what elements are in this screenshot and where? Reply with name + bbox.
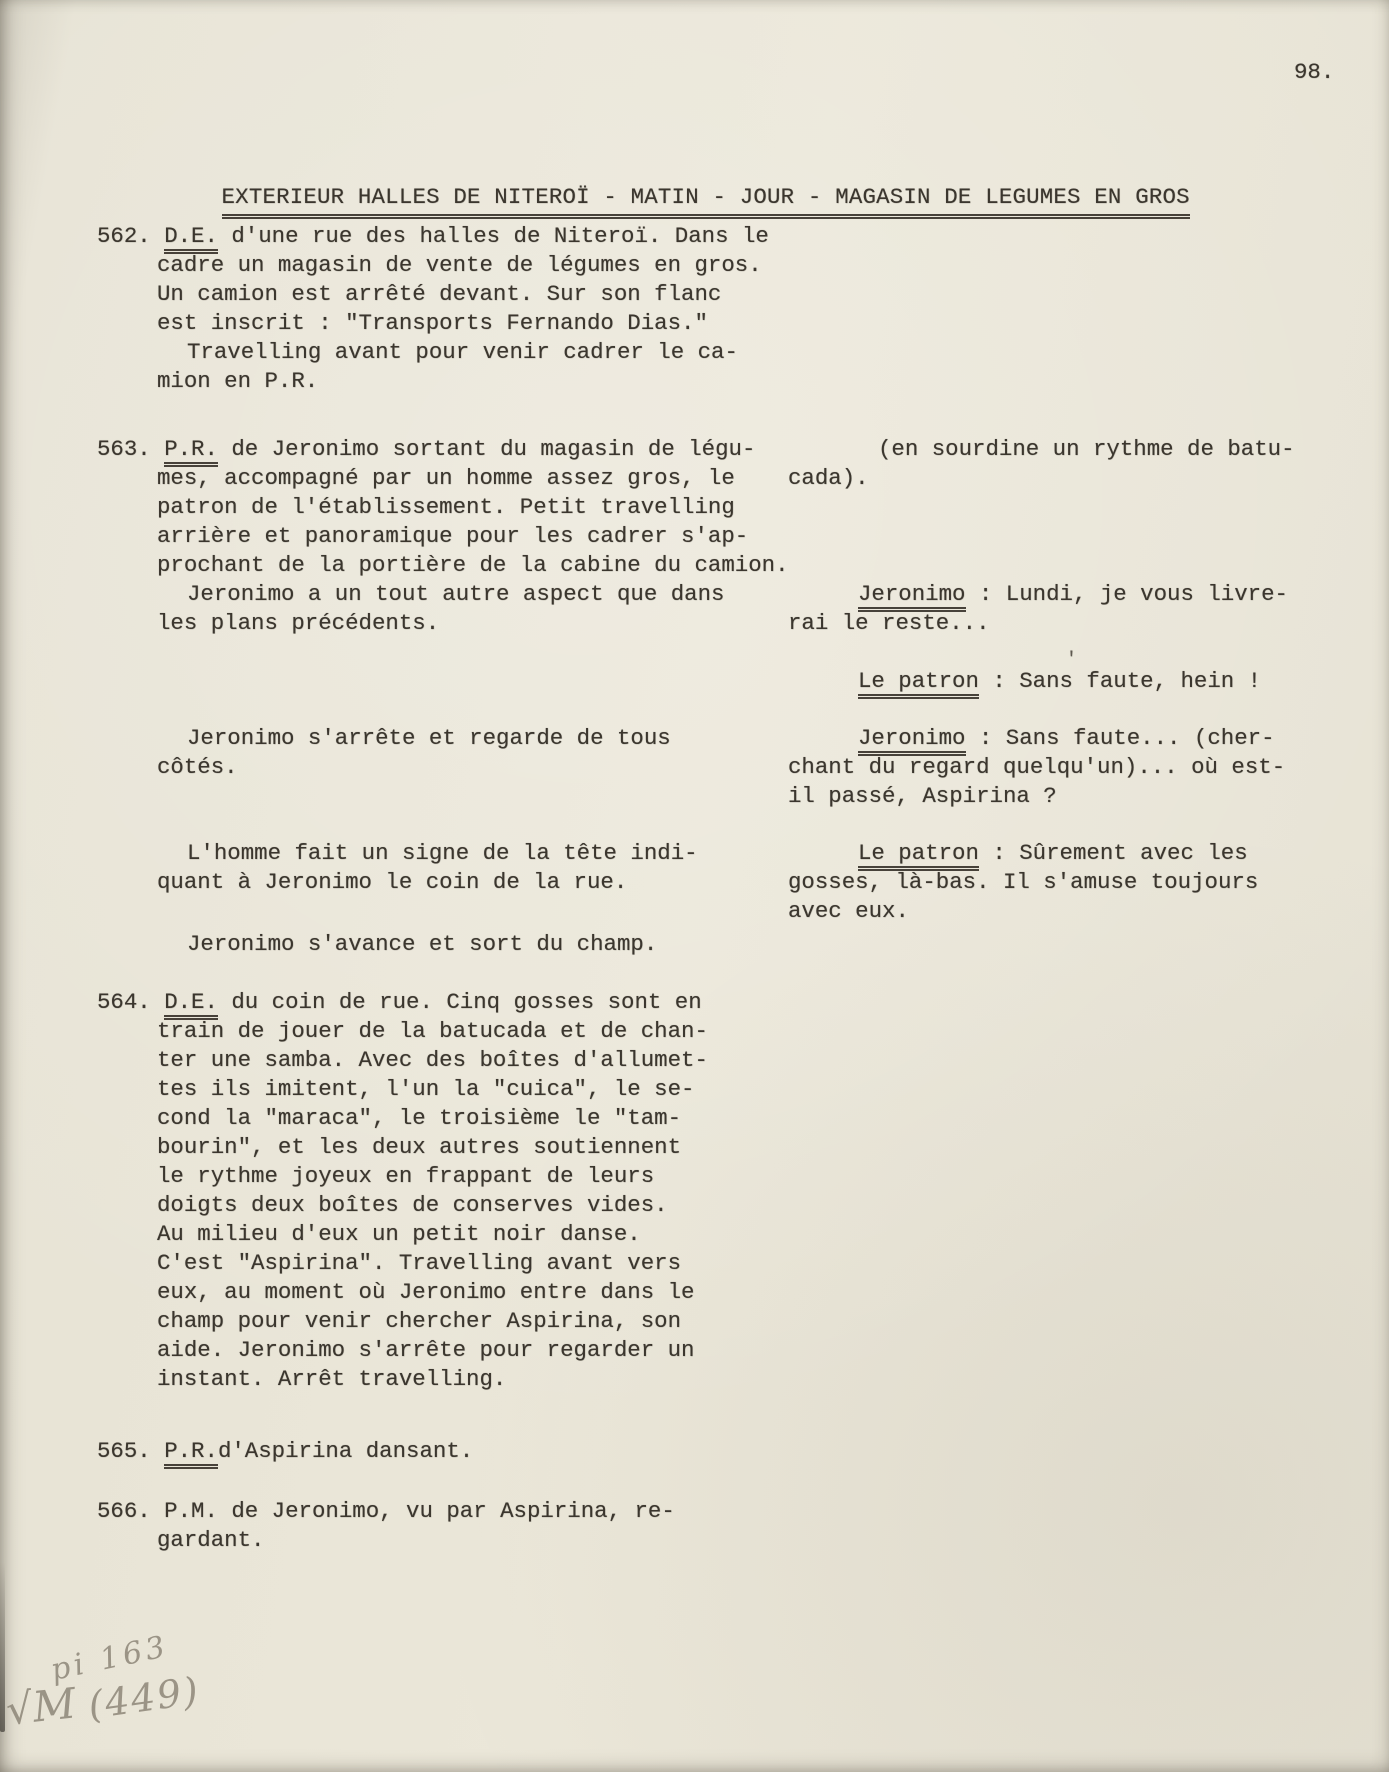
line-text: quant à Jeronimo le coin de la rue.: [157, 869, 627, 895]
line-text: : Lundi, je vous livre-: [966, 581, 1288, 607]
scene-564-line-8: doigts deux boîtes de conserves vides.: [157, 1191, 668, 1220]
scene-564-line-13: aide. Jeronimo s'arrête pour regarder un: [157, 1336, 694, 1365]
scene-563-line-6: Jeronimo a un tout autre aspect que dans: [187, 580, 724, 609]
dialogue-patron-2-line-2: gosses, là-bas. Il s'amuse toujours: [788, 868, 1258, 897]
scene-564-line-5: cond la "maraca", le troisième le "tam-: [157, 1104, 681, 1133]
scene-562-line-3: Un camion est arrêté devant. Sur son fla…: [157, 280, 721, 309]
line-text: patron de l'établissement. Petit travell…: [157, 494, 735, 520]
line-text: le rythme joyeux en frappant de leurs: [157, 1163, 654, 1189]
line-text: Jeronimo s'arrête et regarde de tous: [187, 725, 671, 751]
line-text: bourin", et les deux autres soutiennent: [157, 1134, 681, 1160]
underlined-text: Le patron: [858, 840, 979, 871]
sound-parenthetical-line-2: cada).: [788, 464, 869, 493]
line-text: 562.: [97, 223, 164, 249]
action-paragraph-3-line-2: quant à Jeronimo le coin de la rue.: [157, 868, 627, 897]
scene-564-line-7: le rythme joyeux en frappant de leurs: [157, 1162, 654, 1191]
scene-562-line-6: mion en P.R.: [157, 367, 318, 396]
scene-562-line-5: Travelling avant pour venir cadrer le ca…: [187, 338, 738, 367]
scene-slugline-text: EXTERIEUR HALLES DE NITEROÏ - MATIN - JO…: [222, 184, 1190, 219]
line-text: d'Aspirina dansant.: [218, 1438, 473, 1464]
line-text: d'une rue des halles de Niteroï. Dans le: [218, 223, 769, 249]
scene-563-line-2: mes, accompagné par un homme assez gros,…: [157, 464, 735, 493]
line-text: 563.: [97, 436, 164, 462]
line-text: cadre un magasin de vente de légumes en …: [157, 252, 762, 278]
dialogue-jeronimo-2-line-2: chant du regard quelqu'un)... où est-: [788, 753, 1285, 782]
line-text: Un camion est arrêté devant. Sur son fla…: [157, 281, 721, 307]
line-text: (en sourdine un rythme de batu-: [878, 436, 1295, 462]
underlined-text: P.R.: [164, 436, 218, 467]
scene-562-line-1: 562. D.E. d'une rue des halles de Nitero…: [97, 222, 769, 251]
scene-563-line-3: patron de l'établissement. Petit travell…: [157, 493, 735, 522]
scene-564-line-1: 564. D.E. du coin de rue. Cinq gosses so…: [97, 988, 702, 1017]
line-text: côtés.: [157, 754, 238, 780]
line-text: 565.: [97, 1438, 164, 1464]
scene-564-line-11: eux, au moment où Jeronimo entre dans le: [157, 1278, 694, 1307]
underlined-text: Le patron: [858, 668, 979, 699]
scene-563-line-1: 563. P.R. de Jeronimo sortant du magasin…: [97, 435, 755, 464]
scene-562-line-2: cadre un magasin de vente de légumes en …: [157, 251, 762, 280]
line-text: L'homme fait un signe de la tête indi-: [187, 840, 698, 866]
line-text: ter une samba. Avec des boîtes d'allumet…: [157, 1047, 708, 1073]
script-page: 98. EXTERIEUR HALLES DE NITEROÏ - MATIN …: [0, 0, 1389, 1772]
scene-564-line-6: bourin", et les deux autres soutiennent: [157, 1133, 681, 1162]
page-number: 98.: [1294, 58, 1334, 87]
sound-parenthetical-line-1: (en sourdine un rythme de batu-: [878, 435, 1295, 464]
underlined-text: D.E.: [164, 989, 218, 1020]
dialogue-patron-1-line-1: Le patron : Sans faute, hein !: [858, 667, 1261, 696]
line-text: cada).: [788, 465, 869, 491]
underlined-text: P.R.: [164, 1438, 218, 1469]
line-text: rai le reste...: [788, 610, 990, 636]
scene-562-line-4: est inscrit : "Transports Fernando Dias.…: [157, 309, 708, 338]
line-text: prochant de la portière de la cabine du …: [157, 552, 789, 578]
dialogue-jeronimo-2-line-1: Jeronimo : Sans faute... (cher-: [858, 724, 1275, 753]
handwritten-annotation-initials: √M: [5, 1688, 77, 1724]
action-paragraph-4-line-1: Jeronimo s'avance et sort du champ.: [187, 930, 657, 959]
line-text: : Sûrement avec les: [979, 840, 1248, 866]
line-text: chant du regard quelqu'un)... où est-: [788, 754, 1285, 780]
line-text: : Sans faute... (cher-: [966, 725, 1275, 751]
dialogue-jeronimo-1-line-1: Jeronimo : Lundi, je vous livre-: [858, 580, 1288, 609]
scene-564-line-2: train de jouer de la batucada et de chan…: [157, 1017, 708, 1046]
line-text: de Jeronimo sortant du magasin de légu-: [218, 436, 755, 462]
line-text: il passé, Aspirina ?: [788, 783, 1057, 809]
line-text: cond la "maraca", le troisième le "tam-: [157, 1105, 681, 1131]
underlined-text: Jeronimo: [858, 581, 966, 612]
line-text: eux, au moment où Jeronimo entre dans le: [157, 1279, 694, 1305]
scene-564-line-3: ter une samba. Avec des boîtes d'allumet…: [157, 1046, 708, 1075]
dialogue-jeronimo-2-line-3: il passé, Aspirina ?: [788, 782, 1057, 811]
line-text: mion en P.R.: [157, 368, 318, 394]
scene-564-line-10: C'est "Aspirina". Travelling avant vers: [157, 1249, 681, 1278]
line-text: Au milieu d'eux un petit noir danse.: [157, 1221, 641, 1247]
scene-563-line-7: les plans précédents.: [157, 609, 439, 638]
underlined-text: Jeronimo: [858, 725, 966, 756]
line-text: est inscrit : "Transports Fernando Dias.…: [157, 310, 708, 336]
scene-563-line-4: arrière et panoramique pour les cadrer s…: [157, 522, 748, 551]
dialogue-patron-2-line-3: avec eux.: [788, 897, 909, 926]
line-text: les plans précédents.: [157, 610, 439, 636]
scene-565-line-1: 565. P.R.d'Aspirina dansant.: [97, 1437, 473, 1466]
line-text: arrière et panoramique pour les cadrer s…: [157, 523, 748, 549]
line-text: gosses, là-bas. Il s'amuse toujours: [788, 869, 1258, 895]
scene-566-line-2: gardant.: [157, 1526, 265, 1555]
line-text: doigts deux boîtes de conserves vides.: [157, 1192, 668, 1218]
line-text: avec eux.: [788, 898, 909, 924]
line-text: instant. Arrêt travelling.: [157, 1366, 506, 1392]
action-paragraph-3-line-1: L'homme fait un signe de la tête indi-: [187, 839, 698, 868]
line-text: 566. P.M. de Jeronimo, vu par Aspirina, …: [97, 1498, 675, 1524]
line-text: du coin de rue. Cinq gosses sont en: [218, 989, 702, 1015]
underlined-text: D.E.: [164, 223, 218, 254]
line-text: C'est "Aspirina". Travelling avant vers: [157, 1250, 681, 1276]
scene-566-line-1: 566. P.M. de Jeronimo, vu par Aspirina, …: [97, 1497, 675, 1526]
line-text: : Sans faute, hein !: [979, 668, 1261, 694]
scene-564-line-12: champ pour venir chercher Aspirina, son: [157, 1307, 681, 1336]
scene-564-line-9: Au milieu d'eux un petit noir danse.: [157, 1220, 641, 1249]
stray-typewriter-mark: ': [1066, 646, 1077, 675]
line-text: Travelling avant pour venir cadrer le ca…: [187, 339, 738, 365]
handwritten-annotation-number: (449): [87, 1676, 202, 1720]
scene-564-line-14: instant. Arrêt travelling.: [157, 1365, 506, 1394]
scene-564-line-4: tes ils imitent, l'un la "cuica", le se-: [157, 1075, 694, 1104]
dialogue-patron-2-line-1: Le patron : Sûrement avec les: [858, 839, 1248, 868]
line-text: Jeronimo a un tout autre aspect que dans: [187, 581, 724, 607]
scene-563-line-5: prochant de la portière de la cabine du …: [157, 551, 789, 580]
action-paragraph-2-line-2: côtés.: [157, 753, 238, 782]
action-paragraph-2-line-1: Jeronimo s'arrête et regarde de tous: [187, 724, 671, 753]
line-text: champ pour venir chercher Aspirina, son: [157, 1308, 681, 1334]
dialogue-jeronimo-1-line-2: rai le reste...: [788, 609, 990, 638]
line-text: tes ils imitent, l'un la "cuica", le se-: [157, 1076, 694, 1102]
line-text: mes, accompagné par un homme assez gros,…: [157, 465, 735, 491]
line-text: aide. Jeronimo s'arrête pour regarder un: [157, 1337, 694, 1363]
line-text: 564.: [97, 989, 164, 1015]
line-text: train de jouer de la batucada et de chan…: [157, 1018, 708, 1044]
line-text: Jeronimo s'avance et sort du champ.: [187, 931, 657, 957]
line-text: gardant.: [157, 1527, 265, 1553]
